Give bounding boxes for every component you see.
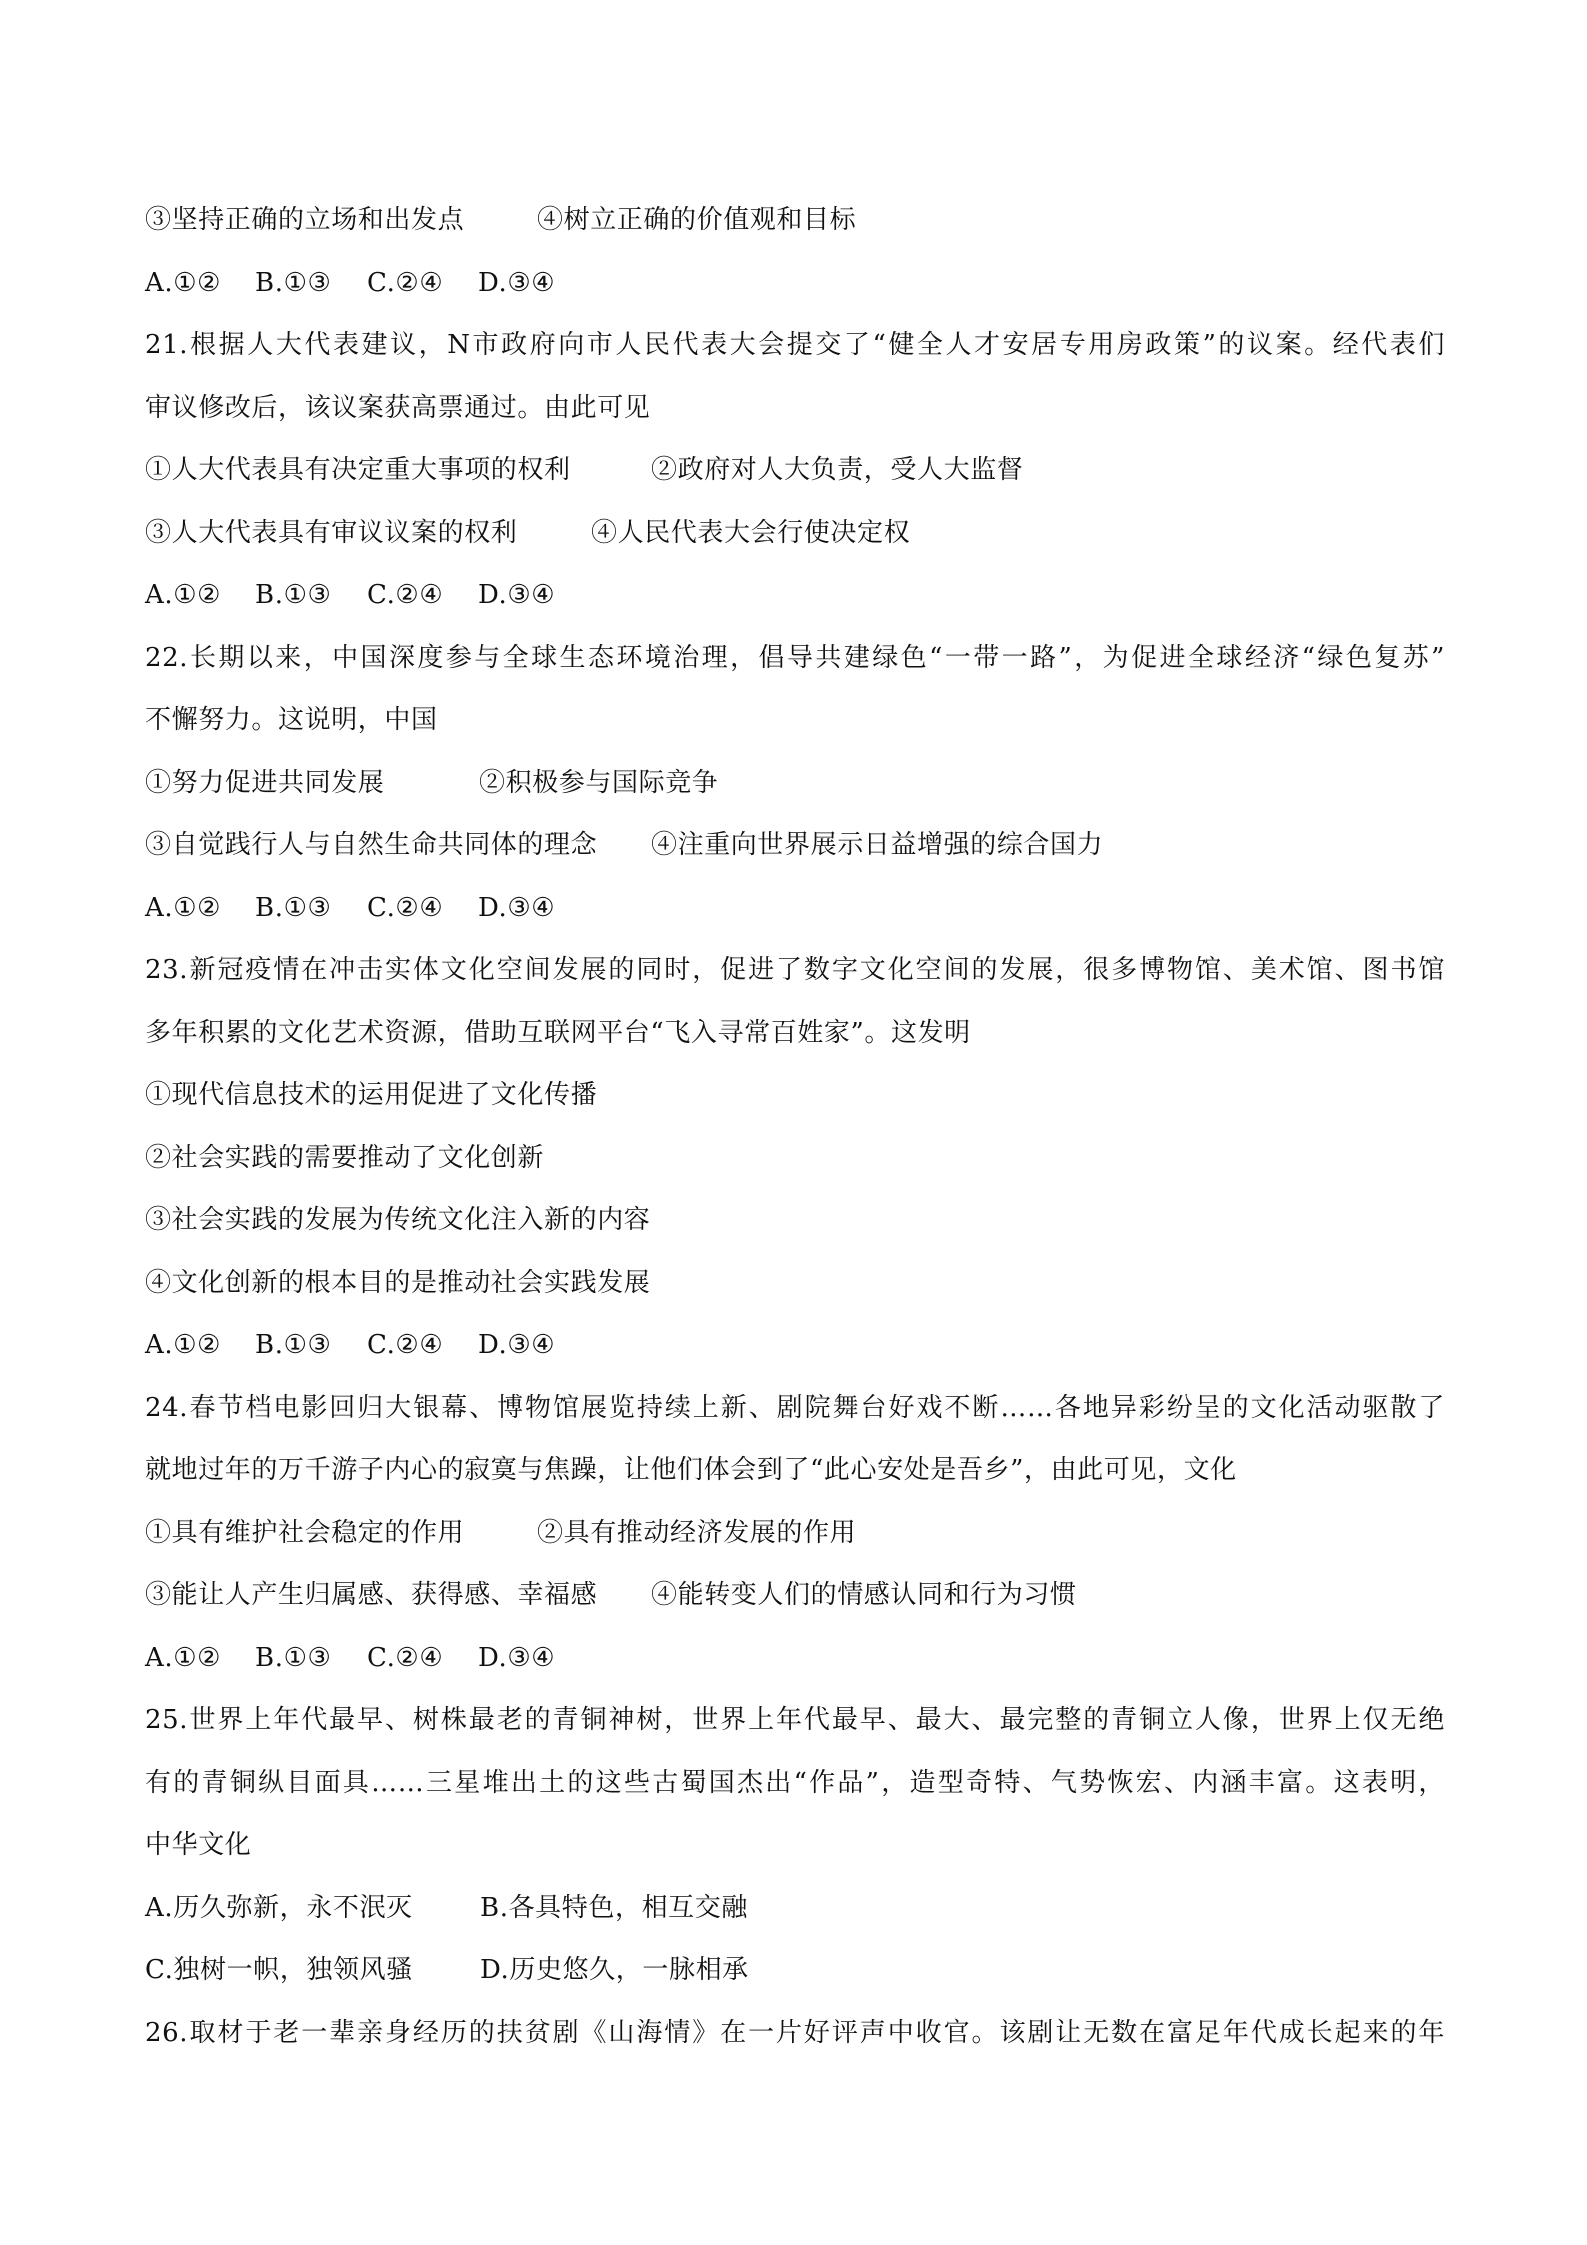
choice-c: C.②④	[367, 252, 443, 314]
q25-choices-row-2: C.独树一帜，独领风骚 D.历史悠久，一脉相承	[145, 1939, 1445, 2001]
q23-stem-line-1: 23.新冠疫情在冲击实体文化空间发展的同时，促进了数字文化空间的发展，很多博物馆…	[145, 939, 1445, 1001]
q23-choice-a: A.①②	[145, 1314, 221, 1376]
q22-items-row-2: ③自觉践行人与自然生命共同体的理念 ④注重向世界展示日益增强的综合国力	[145, 814, 1445, 876]
q22-choice-d: D.③④	[478, 877, 555, 939]
q22-choice-a: A.①②	[145, 877, 221, 939]
q25-choice-b: B.各具特色，相互交融	[480, 1877, 748, 1939]
q21-choice-a: A.①②	[145, 564, 221, 626]
q22-choices: A.①② B.①③ C.②④ D.③④	[145, 877, 1445, 939]
q25-choice-c: C.独树一帜，独领风骚	[145, 1939, 413, 2001]
q22-item-2: ②积极参与国际竞争	[479, 752, 718, 814]
q21-item-4: ④人民代表大会行使决定权	[591, 502, 910, 564]
q23-choice-d: D.③④	[478, 1314, 555, 1376]
q25-stem-line-1: 25.世界上年代最早、树株最老的青铜神树，世界上年代最早、最大、最完整的青铜立人…	[145, 1689, 1445, 1751]
prev-question-choices: A.①② B.①③ C.②④ D.③④	[145, 252, 1445, 314]
q21-choice-c: C.②④	[367, 564, 443, 626]
q22-items-row-1: ①努力促进共同发展 ②积极参与国际竞争	[145, 752, 1445, 814]
q24-choice-d: D.③④	[478, 1627, 555, 1689]
q24-items-row-2: ③能让人产生归属感、获得感、幸福感 ④能转变人们的情感认同和行为习惯	[145, 1564, 1445, 1626]
q25-choice-d: D.历史悠久，一脉相承	[480, 1939, 749, 2001]
q24-items-row-1: ①具有维护社会稳定的作用 ②具有推动经济发展的作用	[145, 1502, 1445, 1564]
q24-choice-a: A.①②	[145, 1627, 221, 1689]
q21-stem-line-2: 审议修改后，该议案获高票通过。由此可见	[145, 377, 1445, 439]
choice-a: A.①②	[145, 252, 221, 314]
q24-item-2: ②具有推动经济发展的作用	[537, 1502, 856, 1564]
q22-stem-line-1: 22.长期以来，中国深度参与全球生态环境治理，倡导共建绿色“一带一路”，为促进全…	[145, 627, 1445, 689]
q24-stem-line-1: 24.春节档电影回归大银幕、博物馆展览持续上新、剧院舞台好戏不断……各地异彩纷呈…	[145, 1377, 1445, 1439]
q25-choice-a: A.历久弥新，永不泯灭	[145, 1877, 413, 1939]
q23-choices: A.①② B.①③ C.②④ D.③④	[145, 1314, 1445, 1376]
q23-item-4: ④文化创新的根本目的是推动社会实践发展	[145, 1252, 1445, 1314]
q23-choice-c: C.②④	[367, 1314, 443, 1376]
q22-choice-c: C.②④	[367, 877, 443, 939]
q22-item-3: ③自觉践行人与自然生命共同体的理念	[145, 814, 597, 876]
q21-items-row-2: ③人大代表具有审议议案的权利 ④人民代表大会行使决定权	[145, 502, 1445, 564]
q22-stem-line-2: 不懈努力。这说明，中国	[145, 689, 1445, 751]
q24-item-4: ④能转变人们的情感认同和行为习惯	[651, 1564, 1077, 1626]
q21-choice-b: B.①③	[255, 564, 331, 626]
q22-choice-b: B.①③	[255, 877, 331, 939]
q22-item-1: ①努力促进共同发展	[145, 752, 384, 814]
q24-choice-b: B.①③	[255, 1627, 331, 1689]
q23-choice-b: B.①③	[255, 1314, 331, 1376]
q21-stem-line-1: 21.根据人大代表建议，N市政府向市人民代表大会提交了“健全人才安居专用房政策”…	[145, 314, 1445, 376]
q21-item-1: ①人大代表具有决定重大事项的权利	[145, 439, 571, 501]
q21-item-3: ③人大代表具有审议议案的权利	[145, 502, 517, 564]
q24-item-1: ①具有维护社会稳定的作用	[145, 1502, 464, 1564]
q21-choice-d: D.③④	[478, 564, 555, 626]
q23-stem-line-2: 多年积累的文化艺术资源，借助互联网平台“飞入寻常百姓家”。这发明	[145, 1002, 1445, 1064]
q23-item-2: ②社会实践的需要推动了文化创新	[145, 1127, 1445, 1189]
q26-stem-line-1: 26.取材于老一辈亲身经历的扶贫剧《山海情》在一片好评声中收官。该剧让无数在富足…	[145, 2002, 1445, 2064]
q21-item-2: ②政府对人大负责，受人大监督	[651, 439, 1023, 501]
choice-d: D.③④	[478, 252, 555, 314]
item-3: ③坚持正确的立场和出发点	[145, 189, 464, 251]
item-4: ④树立正确的价值观和目标	[537, 189, 856, 251]
exam-page: ③坚持正确的立场和出发点 ④树立正确的价值观和目标 A.①② B.①③ C.②④…	[0, 0, 1587, 2245]
q22-item-4: ④注重向世界展示日益增强的综合国力	[651, 814, 1103, 876]
q23-item-1: ①现代信息技术的运用促进了文化传播	[145, 1064, 1445, 1126]
q24-stem-line-2: 就地过年的万千游子内心的寂寞与焦躁，让他们体会到了“此心安处是吾乡”，由此可见，…	[145, 1439, 1445, 1501]
q24-choices: A.①② B.①③ C.②④ D.③④	[145, 1627, 1445, 1689]
q24-choice-c: C.②④	[367, 1627, 443, 1689]
choice-b: B.①③	[255, 252, 331, 314]
q24-item-3: ③能让人产生归属感、获得感、幸福感	[145, 1564, 597, 1626]
q23-item-3: ③社会实践的发展为传统文化注入新的内容	[145, 1189, 1445, 1251]
q21-choices: A.①② B.①③ C.②④ D.③④	[145, 564, 1445, 626]
q25-stem-line-3: 中华文化	[145, 1814, 1445, 1876]
q21-items-row-1: ①人大代表具有决定重大事项的权利 ②政府对人大负责，受人大监督	[145, 439, 1445, 501]
q25-stem-line-2: 有的青铜纵目面具……三星堆出土的这些古蜀国杰出“作品”，造型奇特、气势恢宏、内涵…	[145, 1752, 1445, 1814]
q25-choices-row-1: A.历久弥新，永不泯灭 B.各具特色，相互交融	[145, 1877, 1445, 1939]
prev-question-items-row: ③坚持正确的立场和出发点 ④树立正确的价值观和目标	[145, 189, 1445, 251]
